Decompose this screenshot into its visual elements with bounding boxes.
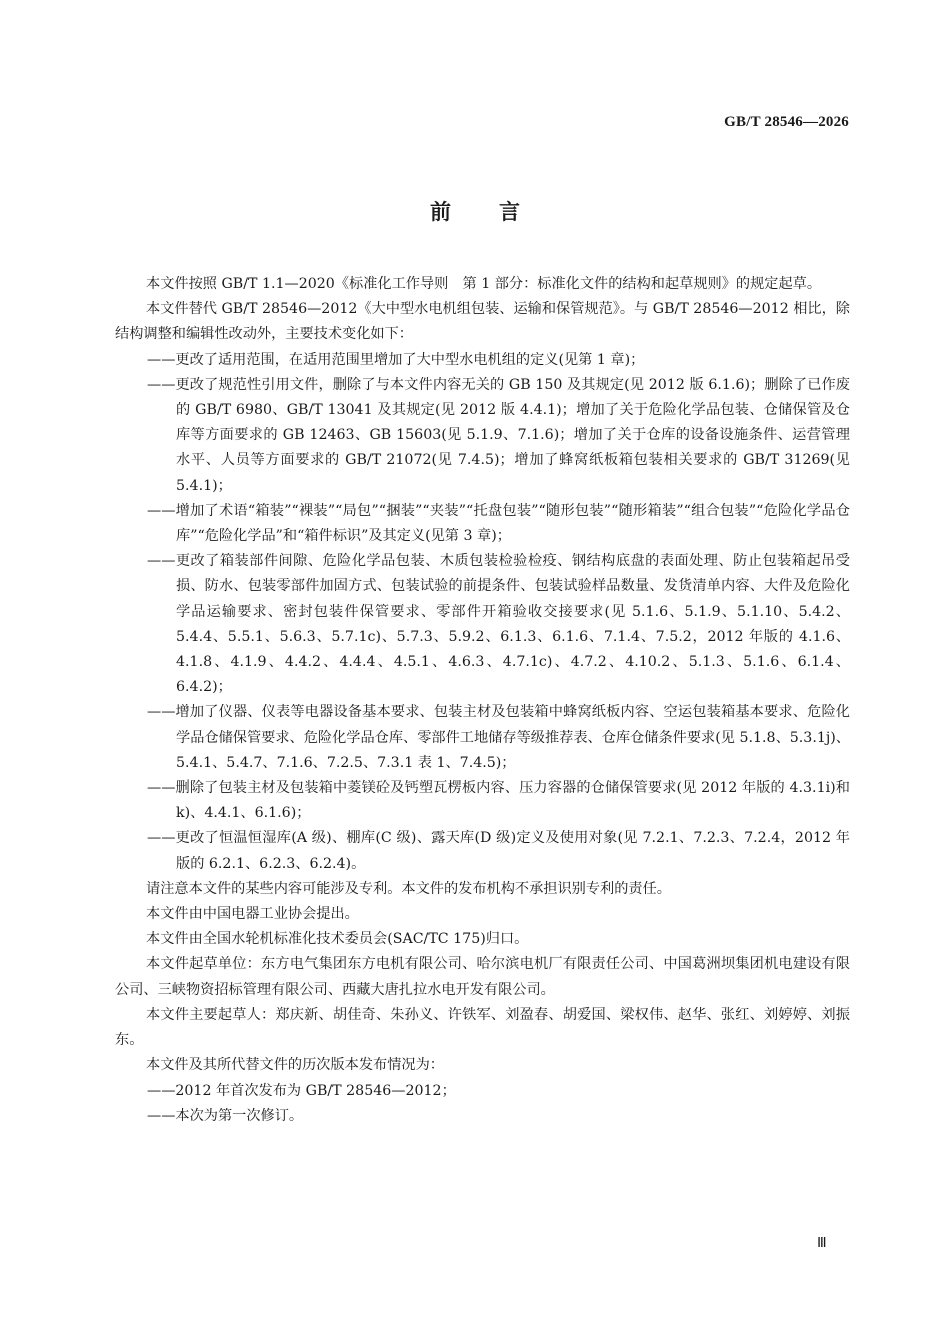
change-item: ——更改了箱装部件间隙、危险化学品包装、木质包装检验检疫、钢结构底盘的表面处理、…	[115, 549, 850, 700]
paragraph-drafting-rules: 本文件按照 GB/T 1.1—2020《标准化工作导则 第 1 部分：标准化文件…	[115, 272, 850, 297]
paragraph-drafters: 本文件主要起草人：郑庆新、胡佳奇、朱孙义、许铁军、刘盈春、胡爱国、梁权伟、赵华、…	[115, 1003, 850, 1053]
change-item: ——更改了适用范围，在适用范围里增加了大中型水电机组的定义(见第 1 章)；	[115, 348, 850, 373]
standard-code: GB/T 28546—2026	[724, 114, 849, 131]
foreword-body: 本文件按照 GB/T 1.1—2020《标准化工作导则 第 1 部分：标准化文件…	[115, 272, 850, 1129]
title-char-2: 言	[499, 196, 520, 226]
history-item: ——本次为第一次修订。	[115, 1104, 850, 1129]
change-item: ——增加了仪器、仪表等电器设备基本要求、包装主材及包装箱中蜂窝纸板内容、空运包装…	[115, 700, 850, 776]
paragraph-version-history: 本文件及其所代替文件的历次版本发布情况为：	[115, 1053, 850, 1078]
change-item: ——更改了恒温恒湿库(A 级)、棚库(C 级)、露天库(D 级)定义及使用对象(…	[115, 826, 850, 876]
history-item: ——2012 年首次发布为 GB/T 28546—2012；	[115, 1079, 850, 1104]
paragraph-technical-committee: 本文件由全国水轮机标准化技术委员会(SAC/TC 175)归口。	[115, 927, 850, 952]
page-number: Ⅲ	[817, 1235, 827, 1252]
paragraph-replacement: 本文件替代 GB/T 28546—2012《大中型水电机组包装、运输和保管规范》…	[115, 297, 850, 347]
paragraph-drafting-units: 本文件起草单位：东方电气集团东方电机有限公司、哈尔滨电机厂有限责任公司、中国葛洲…	[115, 952, 850, 1002]
change-item: ——增加了术语“箱装”“裸装”“局包”“捆装”“夹装”“托盘包装”“随形包装”“…	[115, 499, 850, 549]
change-item: ——更改了规范性引用文件，删除了与本文件内容无关的 GB 150 及其规定(见 …	[115, 373, 850, 499]
page-title: 前言	[0, 196, 950, 226]
title-char-1: 前	[430, 196, 451, 226]
paragraph-patent-notice: 请注意本文件的某些内容可能涉及专利。本文件的发布机构不承担识别专利的责任。	[115, 877, 850, 902]
paragraph-proposer: 本文件由中国电器工业协会提出。	[115, 902, 850, 927]
change-item: ——删除了包装主材及包装箱中菱镁砼及钙塑瓦楞板内容、压力容器的仓储保管要求(见 …	[115, 776, 850, 826]
